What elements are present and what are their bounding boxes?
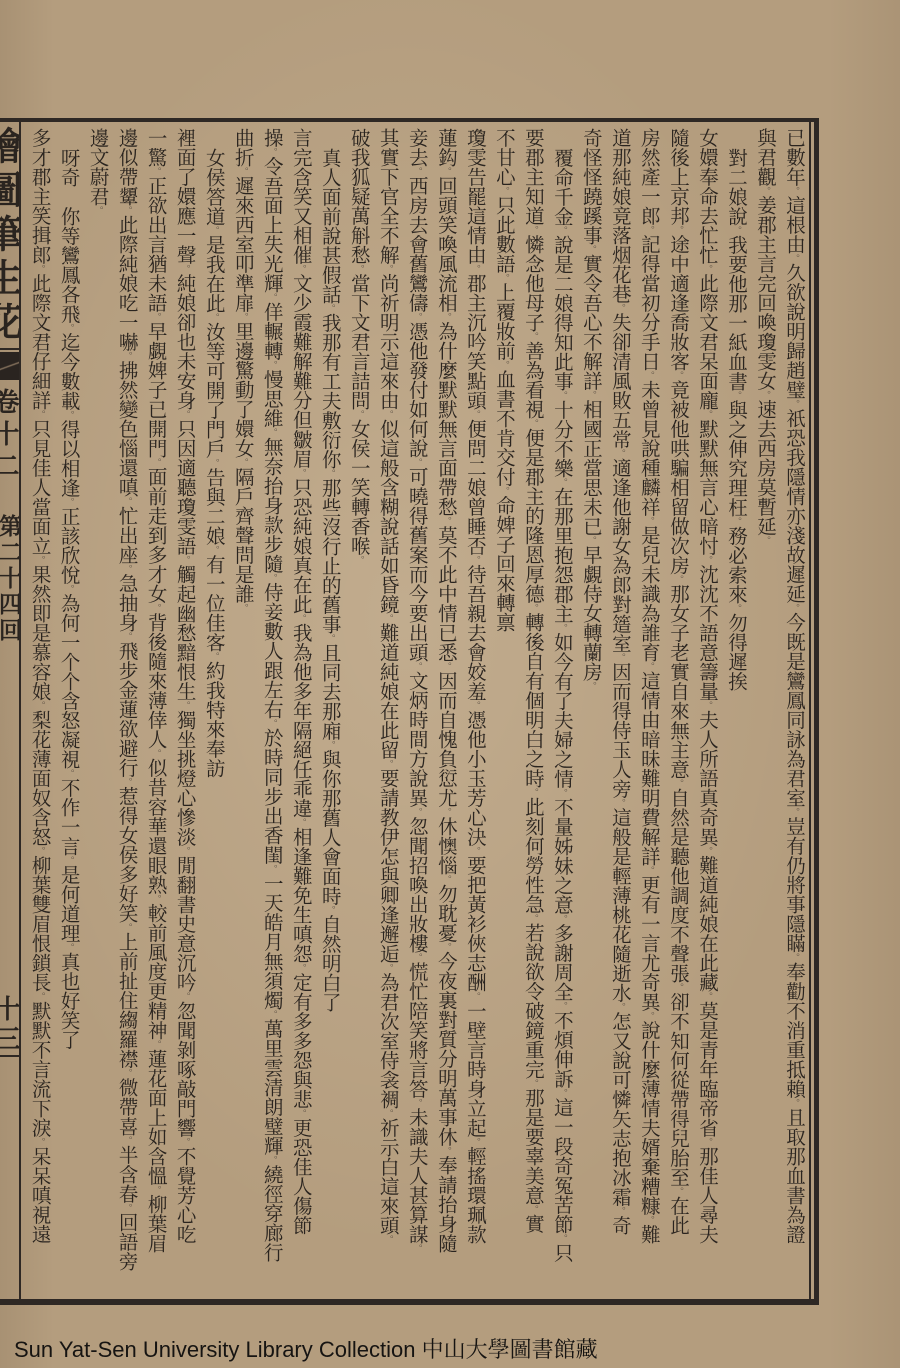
punctuation-mark: 。 bbox=[354, 410, 364, 419]
punctuation-mark: 。 bbox=[354, 265, 364, 274]
text-column-1: 已數年。這根由。久欲說明歸趙璧。祇恐我隱情亦淺故遲延。今既是鸞鳳同詠為君室。豈有… bbox=[780, 128, 809, 1294]
punctuation-mark: 。 bbox=[528, 419, 538, 428]
punctuation-mark: 。 bbox=[296, 1109, 306, 1118]
punctuation-mark: 。 bbox=[151, 167, 161, 176]
punctuation-mark: 。 bbox=[702, 556, 712, 565]
punctuation-mark: 。 bbox=[35, 410, 45, 419]
punctuation-mark: 。 bbox=[122, 1069, 132, 1078]
punctuation-mark: 。 bbox=[789, 604, 799, 613]
punctuation-mark: 。 bbox=[789, 187, 799, 196]
punctuation-mark: 。 bbox=[644, 1012, 654, 1021]
punctuation-mark: 。 bbox=[35, 701, 45, 710]
punctuation-mark: 。 bbox=[557, 391, 567, 400]
text-column-26: 呀奇 你等鸞鳳各飛。迄今數載。得以相逢。正該欣悅。為何一个个含怒凝視。不作一言。… bbox=[55, 128, 84, 1294]
punctuation-mark: 。 bbox=[789, 1099, 799, 1108]
punctuation-mark: 。 bbox=[731, 226, 741, 235]
punctuation-mark: 。 bbox=[673, 226, 683, 235]
punctuation-mark: 。 bbox=[122, 1136, 132, 1145]
punctuation-mark: 。 bbox=[702, 1138, 712, 1147]
punctuation-mark: 。 bbox=[412, 458, 422, 467]
punctuation-mark: 。 bbox=[615, 304, 625, 313]
punctuation-mark: 。 bbox=[209, 313, 219, 322]
text-column-25: 邊文蔚君。 bbox=[84, 128, 113, 1294]
punctuation-mark: 。 bbox=[528, 914, 538, 923]
punctuation-mark: 。 bbox=[412, 808, 422, 817]
punctuation-mark: 。 bbox=[702, 847, 712, 856]
punctuation-mark: 。 bbox=[615, 799, 625, 808]
frame-right-inner-border bbox=[809, 118, 811, 1305]
punctuation-mark: 。 bbox=[528, 1079, 538, 1088]
punctuation-mark: 。 bbox=[325, 469, 335, 478]
punctuation-mark: 。 bbox=[209, 459, 219, 468]
punctuation-mark: 。 bbox=[470, 556, 480, 565]
punctuation-mark: 。 bbox=[267, 148, 277, 157]
punctuation-mark: 。 bbox=[325, 634, 335, 643]
text-column-19: 操。令吾面上失光輝。佯輾轉。慢思維。無奈抬身款步隨。侍妾數人跟左右。於時同步出香… bbox=[258, 128, 287, 1294]
punctuation-mark: 。 bbox=[267, 719, 277, 728]
punctuation-mark: 。 bbox=[586, 391, 596, 400]
punctuation-mark: 。 bbox=[441, 167, 451, 176]
frame-top-border bbox=[0, 118, 818, 122]
punctuation-mark: 。 bbox=[151, 749, 161, 758]
punctuation-mark: 。 bbox=[35, 1138, 45, 1147]
punctuation-mark: 。 bbox=[615, 1003, 625, 1012]
punctuation-mark: 。 bbox=[122, 778, 132, 787]
text-column-15: 其實下官全不解。尚祈明示這來由。似這般含糊說話如昏鏡。難道純娘在此留。要請教伊怎… bbox=[374, 128, 403, 1294]
punctuation-mark: 。 bbox=[557, 226, 567, 235]
punctuation-mark: 。 bbox=[325, 304, 335, 313]
punctuation-mark: 。 bbox=[673, 575, 683, 584]
punctuation-mark: 。 bbox=[760, 391, 770, 400]
punctuation-mark: 。 bbox=[760, 187, 770, 196]
text-column-6: 房然產一郎。記得當初分手日。未曾見說種麟祥。是兒未識為誰育。這情由暗昧難明費解詳… bbox=[635, 128, 664, 1294]
punctuation-mark: 。 bbox=[383, 1235, 393, 1244]
punctuation-mark: 。 bbox=[586, 536, 596, 545]
punctuation-mark: 。 bbox=[441, 808, 451, 817]
punctuation-mark: 。 bbox=[35, 265, 45, 274]
text-column-22: 裡面了嬛應一聲。純娘卻也未安身。只因適聽瓊雯語。觸起幽愁黯恨生。獨坐挑燈心慘淡。… bbox=[171, 128, 200, 1294]
book-title: 繪圖筆生花 bbox=[0, 126, 19, 346]
punctuation-mark: 。 bbox=[296, 614, 306, 623]
fishtail-mark bbox=[0, 352, 19, 380]
punctuation-mark: 。 bbox=[644, 226, 654, 235]
punctuation-mark: 。 bbox=[412, 662, 422, 671]
punctuation-mark: 。 bbox=[528, 226, 538, 235]
text-column-5: 隨後上京邦。途中適逢喬妝客。竟被他哄騙相留做次房。那女子老實自來無主意。自然是聽… bbox=[664, 128, 693, 1294]
text-column-18: 言完含笑又相催。文少霞難解難分但皺眉。只恐純娘真在此。我為他多年隔絕任乖違。相逢… bbox=[287, 128, 316, 1294]
punctuation-mark: 。 bbox=[64, 411, 74, 420]
punctuation-mark: 。 bbox=[644, 866, 654, 875]
punctuation-mark: 。 bbox=[267, 428, 277, 437]
punctuation-mark: 。 bbox=[528, 788, 538, 797]
collection-caption: Sun Yat-Sen University Library Collectio… bbox=[14, 1337, 598, 1363]
leaf-number: 十三 bbox=[0, 995, 19, 1055]
text-column-16: 破我狐疑萬斛愁。當下文君言詰問。女侯一笑轉香喉。 bbox=[345, 128, 374, 1294]
punctuation-mark: 。 bbox=[267, 574, 277, 583]
punctuation-mark: 。 bbox=[441, 517, 451, 526]
punctuation-mark: 。 bbox=[441, 662, 451, 671]
punctuation-mark: 。 bbox=[789, 400, 799, 409]
punctuation-mark: 。 bbox=[557, 478, 567, 487]
punctuation-mark: 。 bbox=[383, 1109, 393, 1118]
punctuation-mark: 。 bbox=[383, 760, 393, 769]
frame-bottom-border bbox=[0, 1299, 819, 1305]
punctuation-mark: 。 bbox=[122, 923, 132, 932]
punctuation-mark: 。 bbox=[441, 313, 451, 322]
punctuation-mark: 。 bbox=[528, 604, 538, 613]
punctuation-mark: 。 bbox=[470, 410, 480, 419]
punctuation-mark: 。 bbox=[673, 371, 683, 380]
punctuation-mark: 。 bbox=[615, 653, 625, 662]
punctuation-mark: 。 bbox=[760, 536, 770, 545]
punctuation-mark: 。 bbox=[122, 1204, 132, 1213]
punctuation-mark: 。 bbox=[702, 410, 712, 419]
punctuation-mark: 。 bbox=[180, 992, 190, 1001]
punctuation-mark: 。 bbox=[586, 245, 596, 254]
punctuation-mark: 。 bbox=[615, 1207, 625, 1216]
punctuation-mark: 。 bbox=[35, 556, 45, 565]
punctuation-mark: 。 bbox=[238, 604, 248, 613]
punctuation-mark: 。 bbox=[122, 352, 132, 361]
punctuation-mark: 。 bbox=[644, 517, 654, 526]
punctuation-mark: 。 bbox=[151, 1186, 161, 1195]
punctuation-mark: 。 bbox=[644, 1216, 654, 1225]
punctuation-mark: 。 bbox=[673, 779, 683, 788]
punctuation-mark: 。 bbox=[412, 1244, 422, 1253]
text-column-12: 瓊雯告罷這情由。郡主沉吟笑點頭。便問二娘曾睡否。待吾親去會姣羞。憑他小玉芳心決。… bbox=[461, 128, 490, 1294]
punctuation-mark: 。 bbox=[64, 324, 74, 333]
text-body: 已數年。這根由。久欲說明歸趙璧。祇恐我隱情亦淺故遲延。今既是鸞鳳同詠為君室。豈有… bbox=[25, 128, 809, 1294]
punctuation-mark: 。 bbox=[441, 943, 451, 952]
punctuation-mark: 。 bbox=[209, 652, 219, 661]
text-column-2: 與君觀。姜郡主言完回喚瓊雯女。速去西房莫暫延。 bbox=[751, 128, 780, 1294]
punctuation-mark: 。 bbox=[702, 701, 712, 710]
punctuation-mark: 。 bbox=[644, 371, 654, 380]
punctuation-mark: 。 bbox=[673, 1187, 683, 1196]
punctuation-mark: 。 bbox=[644, 662, 654, 671]
punctuation-mark: 。 bbox=[151, 604, 161, 613]
punctuation-mark: 。 bbox=[209, 546, 219, 555]
text-column-27: 多才郡主笑揖郎。此際文君仔細詳。只見佳人當面立。果然即是慕容娘。梨花薄面奴含怒。… bbox=[26, 128, 55, 1294]
margin-rule bbox=[0, 348, 19, 350]
punctuation-mark: 。 bbox=[499, 361, 509, 370]
punctuation-mark: 。 bbox=[64, 943, 74, 952]
punctuation-mark: 。 bbox=[209, 226, 219, 235]
punctuation-mark: 。 bbox=[470, 265, 480, 274]
punctuation-mark: 。 bbox=[383, 614, 393, 623]
text-column-9: 覆命千金。說是二娘得知此事。十分不樂。在那里抱怨郡主。如今有了夫婦之情。不量姊妹… bbox=[548, 128, 577, 1294]
punctuation-mark: 。 bbox=[35, 992, 45, 1001]
punctuation-mark: 。 bbox=[470, 1138, 480, 1147]
text-column-17: 真人面前說甚假話。我那有工夫敷衍你。那些沒行止的舊事。且同去那廂。與你那舊人會面… bbox=[316, 128, 345, 1294]
punctuation-mark: 。 bbox=[470, 992, 480, 1001]
punctuation-mark: 。 bbox=[267, 1010, 277, 1019]
text-column-13: 蓮鈎。回頭笑喚風流相。為什麼默默無言面帶愁。莫不此中情已悉。因而自愧負愆尤。休懊… bbox=[432, 128, 461, 1294]
punctuation-mark: 。 bbox=[412, 167, 422, 176]
text-column-10: 要郡主知道。憐念他母子。善為看視。便是郡主的隆恩厚德。轉後自有個明白之時。此刻何… bbox=[519, 128, 548, 1294]
punctuation-mark: 。 bbox=[122, 206, 132, 215]
punctuation-mark: 。 bbox=[789, 808, 799, 817]
punctuation-mark: 。 bbox=[180, 701, 190, 710]
text-column-8: 奇怪怪蹺蹊事。實令吾心不解詳。相國正當思未已。早覷侍女轉蘭房。 bbox=[577, 128, 606, 1294]
punctuation-mark: 。 bbox=[267, 293, 277, 302]
margin-rule bbox=[0, 1055, 19, 1057]
text-column-11: 不甘心。只此數語。上覆妝前。血書不肯交付。命婢子回來轉禀 bbox=[490, 128, 519, 1294]
punctuation-mark: 。 bbox=[238, 458, 248, 467]
punctuation-mark: 。 bbox=[615, 449, 625, 458]
punctuation-mark: 。 bbox=[180, 410, 190, 419]
frame-left-border bbox=[19, 118, 21, 1305]
punctuation-mark: 。 bbox=[557, 789, 567, 798]
punctuation-mark: 。 bbox=[470, 701, 480, 710]
punctuation-mark: 。 bbox=[441, 1147, 451, 1156]
volume-label: 卷十二 bbox=[0, 388, 19, 484]
punctuation-mark: 。 bbox=[296, 818, 306, 827]
punctuation-mark: 。 bbox=[528, 1205, 538, 1214]
punctuation-mark: 。 bbox=[64, 585, 74, 594]
punctuation-mark: 。 bbox=[499, 187, 509, 196]
punctuation-mark: 。 bbox=[325, 906, 335, 915]
punctuation-mark: 。 bbox=[35, 847, 45, 856]
punctuation-mark: 。 bbox=[267, 865, 277, 874]
punctuation-mark: 。 bbox=[499, 487, 509, 496]
punctuation-mark: 。 bbox=[557, 1234, 567, 1243]
punctuation-mark: 。 bbox=[296, 964, 306, 973]
punctuation-mark: 。 bbox=[64, 769, 74, 778]
punctuation-mark: 。 bbox=[528, 332, 538, 341]
text-column-24: 邊似帶顰。此際純娘吃一嚇。拂然變色惱還嗔。忙出座。急抽身。飛步金蓮欲避行。惹得女… bbox=[113, 128, 142, 1294]
punctuation-mark: 。 bbox=[267, 361, 277, 370]
punctuation-mark: 。 bbox=[412, 1099, 422, 1108]
punctuation-mark: 。 bbox=[731, 604, 741, 613]
punctuation-mark: 。 bbox=[557, 1089, 567, 1098]
punctuation-mark: 。 bbox=[267, 1156, 277, 1165]
text-column-21: 女侯答道。是我在此。汝等可開了門戶。告與二娘。有一位佳客。約我特來奉訪 bbox=[200, 128, 229, 1294]
punctuation-mark: 。 bbox=[354, 556, 364, 565]
punctuation-mark: 。 bbox=[122, 497, 132, 506]
punctuation-mark: 。 bbox=[151, 458, 161, 467]
punctuation-mark: 。 bbox=[151, 895, 161, 904]
punctuation-mark: 。 bbox=[296, 469, 306, 478]
punctuation-mark: 。 bbox=[731, 517, 741, 526]
chapter-label: 第二十四回 bbox=[0, 514, 19, 644]
punctuation-mark: 。 bbox=[180, 556, 190, 565]
punctuation-mark: 。 bbox=[702, 265, 712, 274]
punctuation-mark: 。 bbox=[702, 992, 712, 1001]
text-column-7: 道那純娘竟落烟花巷。失卻清風敗五常。適逢他謝女為郎對簉室。因而得侍玉人旁。這般是… bbox=[606, 128, 635, 1294]
punctuation-mark: 。 bbox=[789, 953, 799, 962]
text-column-14: 妾去。西房去會舊鸞儔。憑他發付如何說。可曉得舊案而今要出頭。文炳時間方說異。忽聞… bbox=[403, 128, 432, 1294]
punctuation-mark: 。 bbox=[180, 265, 190, 274]
punctuation-mark: 。 bbox=[557, 1002, 567, 1011]
punctuation-mark: 。 bbox=[122, 632, 132, 641]
punctuation-mark: 。 bbox=[499, 274, 509, 283]
text-column-3: 對二娘說。我要他那一紙血書。與之伸究理枉。務必索來。勿得遲挨 bbox=[722, 128, 751, 1294]
punctuation-mark: 。 bbox=[64, 856, 74, 865]
punctuation-mark: 。 bbox=[151, 313, 161, 322]
punctuation-mark: 。 bbox=[296, 265, 306, 274]
punctuation-mark: 。 bbox=[238, 313, 248, 322]
punctuation-mark: 。 bbox=[325, 741, 335, 750]
punctuation-mark: 。 bbox=[673, 983, 683, 992]
punctuation-mark: 。 bbox=[731, 391, 741, 400]
punctuation-mark: 。 bbox=[383, 410, 393, 419]
punctuation-mark: 。 bbox=[122, 565, 132, 574]
punctuation-mark: 。 bbox=[557, 915, 567, 924]
punctuation-mark: 。 bbox=[64, 498, 74, 507]
punctuation-mark: 。 bbox=[151, 1040, 161, 1049]
fold-margin: 繪圖筆生花 卷十二 第二十四回 十三 bbox=[0, 122, 19, 1299]
punctuation-mark: 。 bbox=[441, 875, 451, 884]
frame-right-outer-border bbox=[814, 118, 819, 1305]
punctuation-mark: 。 bbox=[412, 953, 422, 962]
punctuation-mark: 。 bbox=[470, 847, 480, 856]
punctuation-mark: 。 bbox=[93, 206, 103, 215]
text-column-20: 曲折。遲來西室叩準扉。里邊驚動了嬛女。隔戶齊聲問是誰。 bbox=[229, 128, 258, 1294]
punctuation-mark: 。 bbox=[412, 313, 422, 322]
punctuation-mark: 。 bbox=[586, 682, 596, 691]
text-column-23: 一驚。正欲出言猶未語。早覷婢子已開門。面前走到多才女。背後隨來薄倖人。似昔容華還… bbox=[142, 128, 171, 1294]
punctuation-mark: 。 bbox=[789, 254, 799, 263]
punctuation-mark: 。 bbox=[180, 1138, 190, 1147]
punctuation-mark: 。 bbox=[383, 265, 393, 274]
punctuation-mark: 。 bbox=[383, 964, 393, 973]
punctuation-mark: 。 bbox=[557, 624, 567, 633]
punctuation-mark: 。 bbox=[238, 167, 248, 176]
text-column-4: 女嬛奉命去忙忙。此際文君呆面龐。默默無言心暗忖。沈沈不語意籌量。夫人所語真奇異。… bbox=[693, 128, 722, 1294]
punctuation-mark: 。 bbox=[180, 847, 190, 856]
